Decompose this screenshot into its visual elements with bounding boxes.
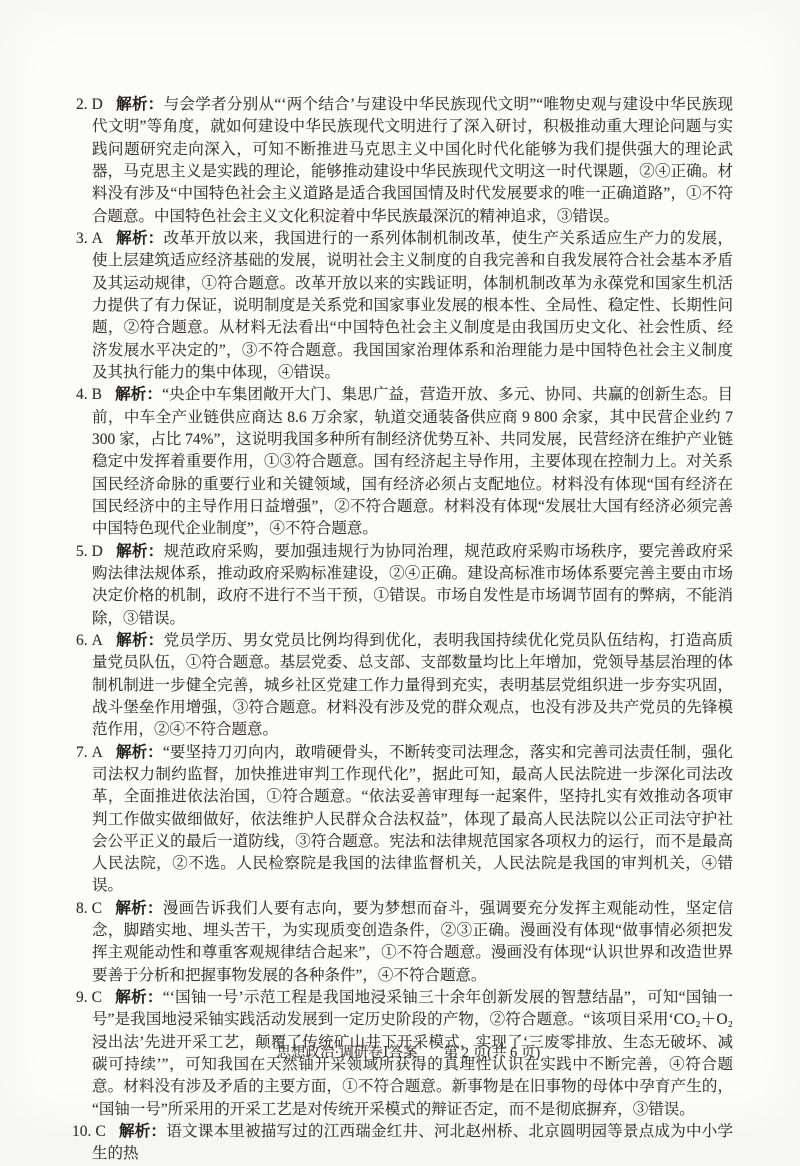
answer-letter: D bbox=[92, 96, 103, 113]
analysis-label: 解析： bbox=[115, 386, 162, 403]
question-number: 8. bbox=[76, 900, 88, 917]
footer-page-info: 第 2 页(共 6 页) bbox=[444, 1041, 541, 1062]
answer-letter: A bbox=[92, 230, 103, 247]
analysis-text: 规范政府采购，要加强违规行为协同治理，规范政府采购市场秩序，要完善政府采购法律法… bbox=[92, 543, 733, 627]
analysis-label: 解析： bbox=[115, 989, 163, 1006]
answer-letter: C bbox=[92, 989, 102, 1006]
analysis-label: 解析： bbox=[116, 744, 163, 761]
analysis-text: “央企中车集团敞开大门、集思广益，营造开放、多元、协同、共赢的创新生态。目前，中… bbox=[92, 386, 733, 537]
question-number: 5. bbox=[76, 543, 88, 560]
analysis-text: 漫画告诉我们人要有志向，要为梦想而奋斗，强调要充分发挥主观能动性，坚定信念，脚踏… bbox=[92, 900, 733, 984]
footer-title: 思想政治·调研卷Ⅰ答案 bbox=[277, 1041, 418, 1062]
answer-letter: A bbox=[92, 744, 103, 761]
answer-item-7: 7.A解析：“要坚持刀刃向内，敢啃硬骨头，不断转变司法理念，落实和完善司法责任制… bbox=[76, 742, 733, 898]
analysis-label: 解析： bbox=[119, 1123, 167, 1130]
question-number: 4. bbox=[76, 386, 88, 403]
analysis-text: 与会学者分别从“‘两个结合’与建设中华民族现代文明”“唯物史观与建设中华民族现代… bbox=[92, 96, 733, 225]
answer-item-8: 8.C解析：漫画告诉我们人要有志向，要为梦想而奋斗，强调要充分发挥主观能动性，坚… bbox=[76, 898, 733, 987]
question-number: 2. bbox=[76, 96, 88, 113]
scan-artifact-tick: ' bbox=[269, 1045, 271, 1056]
question-number: 9. bbox=[76, 989, 88, 1006]
answer-item-5: 5.D解析：规范政府采购，要加强违规行为协同治理，规范政府采购市场秩序，要完善政… bbox=[76, 541, 733, 630]
analysis-text: 语文课本里被描写过的江西瑞金红井、河北赵州桥、北京圆明园等景点成为中小学生的热 bbox=[92, 1123, 733, 1130]
answer-letter: C bbox=[95, 1123, 105, 1130]
answer-letter: C bbox=[92, 900, 102, 917]
page-footer: ' 思想政治·调研卷Ⅰ答案 第 2 页(共 6 页) bbox=[76, 1041, 733, 1062]
analysis-text: 改革开放以来，我国进行的一系列体制机制改革，使生产关系适应生产力的发展，使上层建… bbox=[92, 230, 733, 381]
answer-item-2: 2.D解析：与会学者分别从“‘两个结合’与建设中华民族现代文明”“唯物史观与建设… bbox=[76, 94, 733, 228]
answer-item-6: 6.A解析：党员学历、男女党员比例均得到优化，表明我国持续优化党员队伍结构，打造… bbox=[76, 630, 733, 742]
analysis-text: 党员学历、男女党员比例均得到优化，表明我国持续优化党员队伍结构，打造高质量党员队… bbox=[92, 632, 733, 738]
answer-item-4: 4.B解析：“央企中车集团敞开大门、集思广益，营造开放、多元、协同、共赢的创新生… bbox=[76, 384, 733, 540]
analysis-label: 解析： bbox=[116, 230, 164, 247]
scanned-answer-page: 2.D解析：与会学者分别从“‘两个结合’与建设中华民族现代文明”“唯物史观与建设… bbox=[0, 0, 800, 1130]
answer-item-3: 3.A解析：改革开放以来，我国进行的一系列体制机制改革，使生产关系适应生产力的发… bbox=[76, 228, 733, 384]
question-number: 6. bbox=[76, 632, 88, 649]
answer-item-10: 10.C解析：语文课本里被描写过的江西瑞金红井、河北赵州桥、北京圆明园等景点成为… bbox=[76, 1121, 733, 1130]
analysis-label: 解析： bbox=[116, 96, 164, 113]
question-number: 10. bbox=[72, 1123, 91, 1130]
answer-letter: B bbox=[92, 386, 102, 403]
analysis-label: 解析： bbox=[116, 543, 164, 560]
question-number: 7. bbox=[76, 744, 88, 761]
answer-letter: D bbox=[92, 543, 103, 560]
answer-explanations: 2.D解析：与会学者分别从“‘两个结合’与建设中华民族现代文明”“唯物史观与建设… bbox=[76, 94, 733, 1130]
answer-letter: A bbox=[92, 632, 103, 649]
analysis-label: 解析： bbox=[115, 900, 163, 917]
question-number: 3. bbox=[76, 230, 88, 247]
analysis-label: 解析： bbox=[116, 632, 164, 649]
analysis-text: “要坚持刀刃向内，敢啃硬骨头，不断转变司法理念，落实和完善司法责任制，强化司法权… bbox=[92, 744, 733, 895]
